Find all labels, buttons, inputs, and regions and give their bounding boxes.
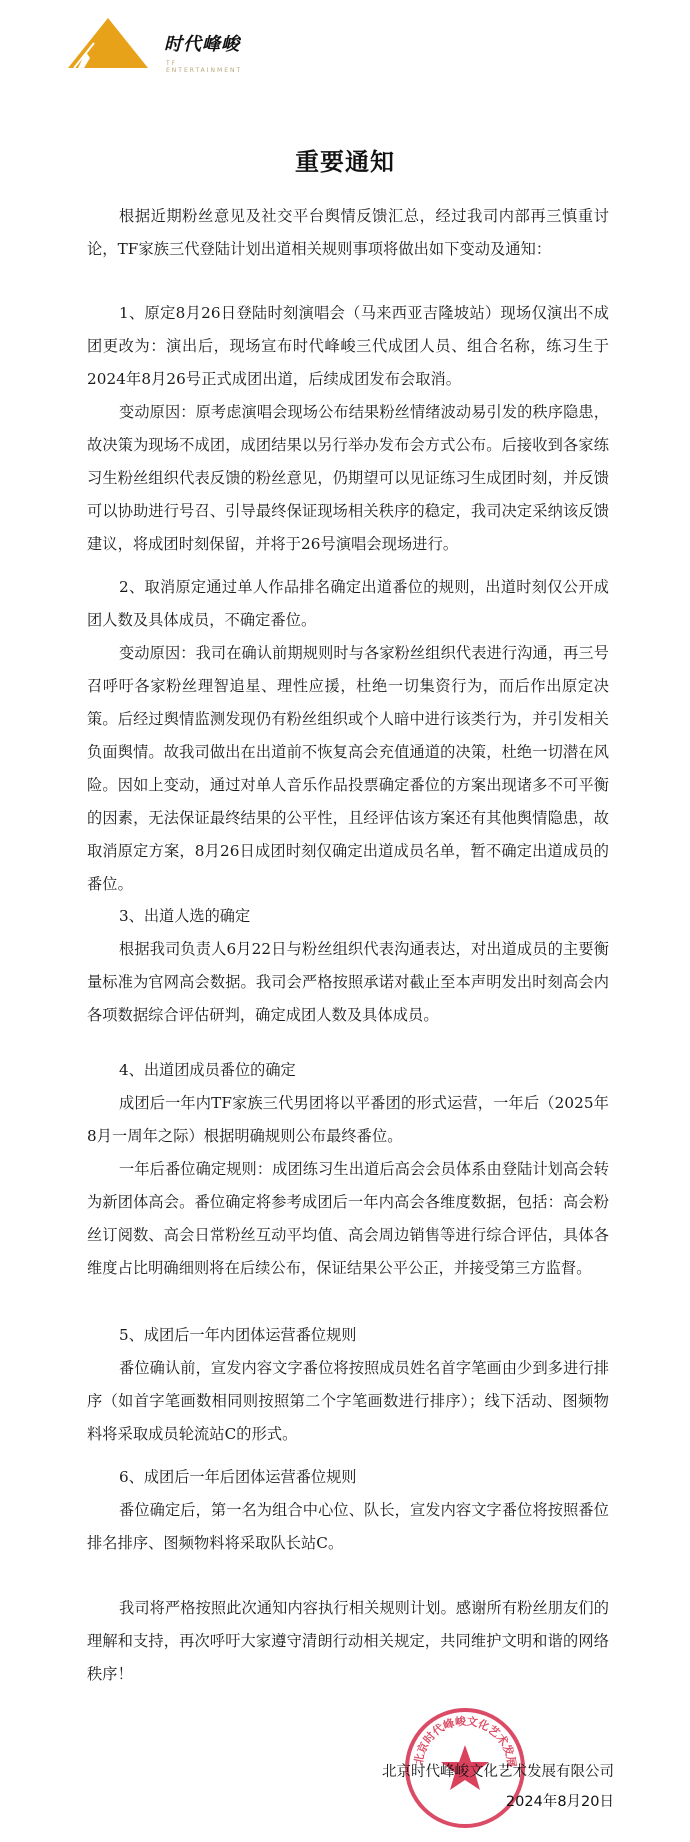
logo-name-cn: 时代峰峻 — [164, 30, 240, 56]
section-1-heading: 1、原定8月26日登陆时刻演唱会（马来西亚吉隆坡站）现场仅演出不成团更改为：演出… — [87, 297, 609, 396]
section-5-body: 番位确认前，宣发内容文字番位将按照成员姓名首字笔画由少到多进行排序（如首字笔画数… — [87, 1352, 609, 1451]
intro-paragraph: 根据近期粉丝意见及社交平台舆情反馈汇总，经过我司内部再三慎重讨论，TF家族三代登… — [87, 200, 609, 266]
section-2-heading: 2、取消原定通过单人作品排名确定出道番位的规则，出道时刻仅公开成团人数及具体成员… — [87, 571, 609, 637]
section-3-body: 根据我司负责人6月22日与粉丝组织代表沟通表达，对出道成员的主要衡量标准为官网高… — [87, 933, 609, 1032]
company-logo: 时代峰峻 TF ENTERTAINMENT — [64, 18, 244, 78]
section-4-heading: 4、出道团成员番位的确定 — [87, 1054, 609, 1087]
section-5: 5、成团后一年内团体运营番位规则 番位确认前，宣发内容文字番位将按照成员姓名首字… — [87, 1319, 609, 1451]
page-title: 重要通知 — [0, 142, 690, 177]
section-4-body: 成团后一年内TF家族三代男团将以平番团的形式运营，一年后（2025年8月一周年之… — [87, 1087, 609, 1153]
section-6-heading: 6、成团后一年后团体运营番位规则 — [87, 1461, 609, 1494]
section-3: 3、出道人选的确定 根据我司负责人6月22日与粉丝组织代表沟通表达，对出道成员的… — [87, 900, 609, 1032]
section-5-heading: 5、成团后一年内团体运营番位规则 — [87, 1319, 609, 1352]
section-1-body: 变动原因：原考虑演唱会现场公布结果粉丝情绪波动易引发的秩序隐患，故决策为现场不成… — [87, 396, 609, 561]
section-1: 1、原定8月26日登陆时刻演唱会（马来西亚吉隆坡站）现场仅演出不成团更改为：演出… — [87, 297, 609, 561]
intro-block: 根据近期粉丝意见及社交平台舆情反馈汇总，经过我司内部再三慎重讨论，TF家族三代登… — [87, 200, 609, 266]
closing-paragraph: 我司将严格按照此次通知内容执行相关规则计划。感谢所有粉丝朋友们的理解和支持，再次… — [87, 1592, 609, 1691]
mountain-logo-icon — [64, 18, 164, 78]
closing-block: 我司将严格按照此次通知内容执行相关规则计划。感谢所有粉丝朋友们的理解和支持，再次… — [87, 1592, 609, 1691]
section-4: 4、出道团成员番位的确定 成团后一年内TF家族三代男团将以平番团的形式运营，一年… — [87, 1054, 609, 1285]
section-3-heading: 3、出道人选的确定 — [87, 900, 609, 933]
section-6-body: 番位确定后，第一名为组合中心位、队长，宣发内容文字番位将按照番位排名排序、图频物… — [87, 1494, 609, 1560]
section-2-body: 变动原因：我司在确认前期规则时与各家粉丝组织代表进行沟通，再三号召呼吁各家粉丝理… — [87, 637, 609, 901]
signature-date: 2024年8月20日 — [506, 1790, 614, 1811]
section-4-body-2: 一年后番位确定规则：成团练习生出道后高会会员体系由登陆计划高会转为新团体高会。番… — [87, 1153, 609, 1285]
logo-name-en: TF ENTERTAINMENT — [166, 60, 244, 74]
section-2: 2、取消原定通过单人作品排名确定出道番位的规则，出道时刻仅公开成团人数及具体成员… — [87, 571, 609, 901]
section-6: 6、成团后一年后团体运营番位规则 番位确定后，第一名为组合中心位、队长，宣发内容… — [87, 1461, 609, 1560]
signature-company: 北京时代峰峻文化艺术发展有限公司 — [382, 1760, 614, 1781]
